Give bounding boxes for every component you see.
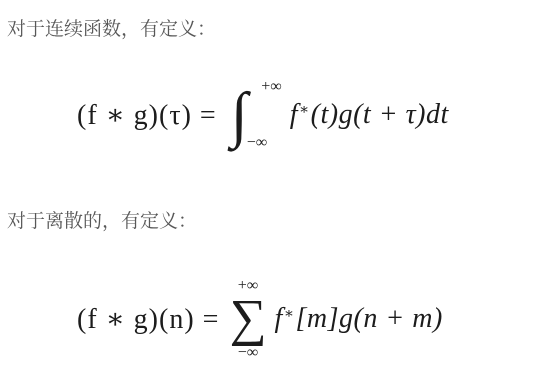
- summation-lower-limit: −∞: [238, 344, 258, 362]
- summation-operator: +∞ ∑ −∞: [229, 277, 266, 362]
- summand-function: f: [275, 303, 283, 334]
- conjugate-star: ∗: [284, 304, 295, 323]
- formula-lhs: (f ∗ g)(n) =: [77, 302, 219, 336]
- formula-rhs: f∗[m]g(n + m): [275, 303, 443, 335]
- discrete-convolution-formula: (f ∗ g)(n) = +∞ ∑ −∞ f∗[m]g(n + m): [77, 277, 535, 362]
- discrete-definition-section: 对于离散的，有定义： (f ∗ g)(n) = +∞ ∑ −∞ f∗[m]g(n…: [7, 210, 535, 361]
- summation-sign-icon: ∑: [229, 294, 266, 343]
- conjugate-star: ∗: [299, 100, 310, 119]
- integral-operator: +∞ ∫ −∞: [231, 83, 282, 148]
- document-page: 对于连续函数，有定义： (f ∗ g)(τ) = +∞ ∫ −∞ f∗(t)g(…: [0, 0, 535, 372]
- formula-lhs: (f ∗ g)(τ) =: [77, 98, 217, 132]
- continuous-definition-label: 对于连续函数，有定义：: [7, 18, 535, 41]
- integrand-function: f: [290, 99, 298, 130]
- summand-rest: [m]g(n + m): [296, 303, 443, 334]
- discrete-definition-label: 对于离散的，有定义：: [7, 210, 535, 233]
- continuous-convolution-formula: (f ∗ g)(τ) = +∞ ∫ −∞ f∗(t)g(t + τ)dt: [77, 83, 535, 148]
- integral-upper-limit: +∞: [261, 78, 281, 96]
- continuous-definition-section: 对于连续函数，有定义： (f ∗ g)(τ) = +∞ ∫ −∞ f∗(t)g(…: [7, 18, 535, 148]
- integrand-rest: (t)g(t + τ)dt: [311, 99, 449, 130]
- integral-sign-icon: ∫: [231, 83, 248, 148]
- integral-lower-limit: −∞: [247, 134, 267, 152]
- formula-rhs: f∗(t)g(t + τ)dt: [290, 99, 449, 131]
